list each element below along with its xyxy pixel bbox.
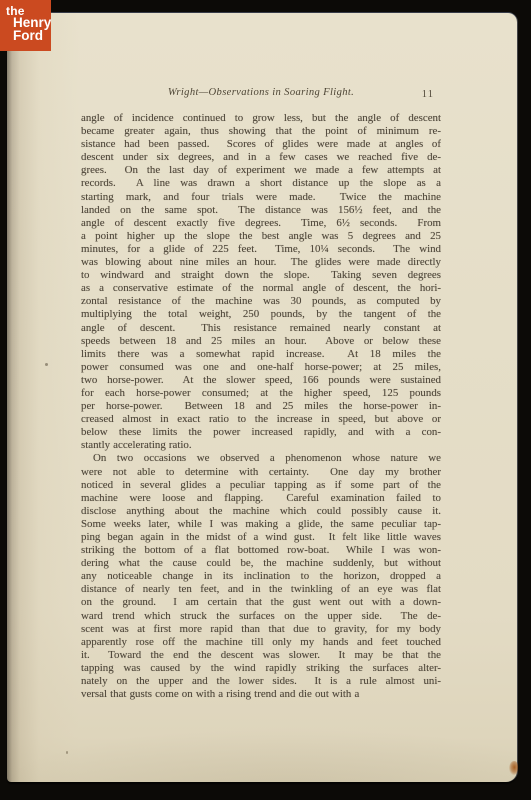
text-line: machine were loose and flapping. Careful… bbox=[81, 492, 441, 505]
text-line: starting mark, and four trials were made… bbox=[81, 191, 441, 204]
text-line: per horse-power. Between 18 and 25 miles… bbox=[81, 400, 441, 413]
text-line: two horse-power. At the slower speed, 16… bbox=[81, 374, 441, 387]
text-line: below these limits the power increased r… bbox=[81, 426, 441, 439]
text-line: disclose anything about the machine whic… bbox=[81, 505, 441, 518]
text-line: On two occasions we observed a phenomeno… bbox=[81, 452, 441, 465]
text-line: zontal resistance of the machine was 30 … bbox=[81, 295, 441, 308]
text-line: a point higher up the slope the best ang… bbox=[81, 230, 441, 243]
text-line: landed on the same spot. The distance wa… bbox=[81, 204, 441, 217]
text-line: for each horse-power consumed; at the hi… bbox=[81, 387, 441, 400]
text-line: versal that gusts come on with a rising … bbox=[81, 688, 441, 701]
page-stain bbox=[509, 761, 518, 775]
text-line: noticed in several glides a peculiar tap… bbox=[81, 479, 441, 492]
text-line: sistance had been passed. Scores of glid… bbox=[81, 138, 441, 151]
page-number: 11 bbox=[422, 89, 434, 100]
scan-speck bbox=[66, 751, 68, 754]
text-line: limits there was a somewhat rapid increa… bbox=[81, 348, 441, 361]
text-line: scent was at first more rapid than that … bbox=[81, 623, 441, 636]
text-line: apparently rose off the machine till onl… bbox=[81, 636, 441, 649]
text-line: multiplying the total weight, 250 pounds… bbox=[81, 308, 441, 321]
text-line: Some weeks later, while I was making a g… bbox=[81, 518, 441, 531]
watermark-word-ford: Ford bbox=[13, 28, 43, 43]
scan-viewer: Wright—Observations in Soaring Flight. 1… bbox=[0, 0, 531, 800]
text-line: creased almost in exact ratio to the inc… bbox=[81, 413, 441, 426]
text-line: angle of incidence continued to grow les… bbox=[81, 112, 441, 125]
text-line: as a conservative estimate of the normal… bbox=[81, 282, 441, 295]
scan-speck bbox=[45, 363, 48, 366]
text-line: speeds between 18 and 25 miles an hour. … bbox=[81, 335, 441, 348]
running-title: Wright—Observations in Soaring Flight. bbox=[81, 87, 441, 98]
page-body-text: angle of incidence continued to grow les… bbox=[81, 112, 441, 701]
text-line: were not able to determine with certaint… bbox=[81, 466, 441, 479]
henry-ford-watermark: the Henry Ford bbox=[0, 0, 51, 51]
text-line: was blowing about nine miles an hour. Th… bbox=[81, 256, 441, 269]
text-line: became greater again, thus showing that … bbox=[81, 125, 441, 138]
text-line: on the ground. I am certain that the gus… bbox=[81, 596, 441, 609]
text-line: descent under six degrees, and in a few … bbox=[81, 151, 441, 164]
running-head: Wright—Observations in Soaring Flight. bbox=[81, 87, 441, 103]
text-line: nately on the upper and the lower sides.… bbox=[81, 675, 441, 688]
text-line: grees. On the last day of experiment we … bbox=[81, 164, 441, 177]
text-line: minutes, for a glide of 225 feet. Time, … bbox=[81, 243, 441, 256]
text-line: tapping was caused by the wind rapidly s… bbox=[81, 662, 441, 675]
text-line: distance of nearly ten feet, and in the … bbox=[81, 583, 441, 596]
text-line: to windward and straight down the slope.… bbox=[81, 269, 441, 282]
text-line: it. Toward the end the descent was slowe… bbox=[81, 649, 441, 662]
text-line: records. A line was drawn a short distan… bbox=[81, 177, 441, 190]
text-line: angle of descent. This resistance remain… bbox=[81, 322, 441, 335]
text-line: ward trend which struck the surfaces on … bbox=[81, 610, 441, 623]
text-line: stantly accelerating ratio. bbox=[81, 439, 441, 452]
text-line: striking the bottom of a flat bottomed r… bbox=[81, 544, 441, 557]
text-line: power consumed was one and one-half hors… bbox=[81, 361, 441, 374]
scanned-page: Wright—Observations in Soaring Flight. 1… bbox=[7, 13, 517, 782]
text-line: angle of descent exactly five degrees. T… bbox=[81, 217, 441, 230]
text-line: ping began again in the midst of a wind … bbox=[81, 531, 441, 544]
text-line: dering what the cause could be, the mach… bbox=[81, 557, 441, 570]
text-line: any noticeable change in its inclination… bbox=[81, 570, 441, 583]
